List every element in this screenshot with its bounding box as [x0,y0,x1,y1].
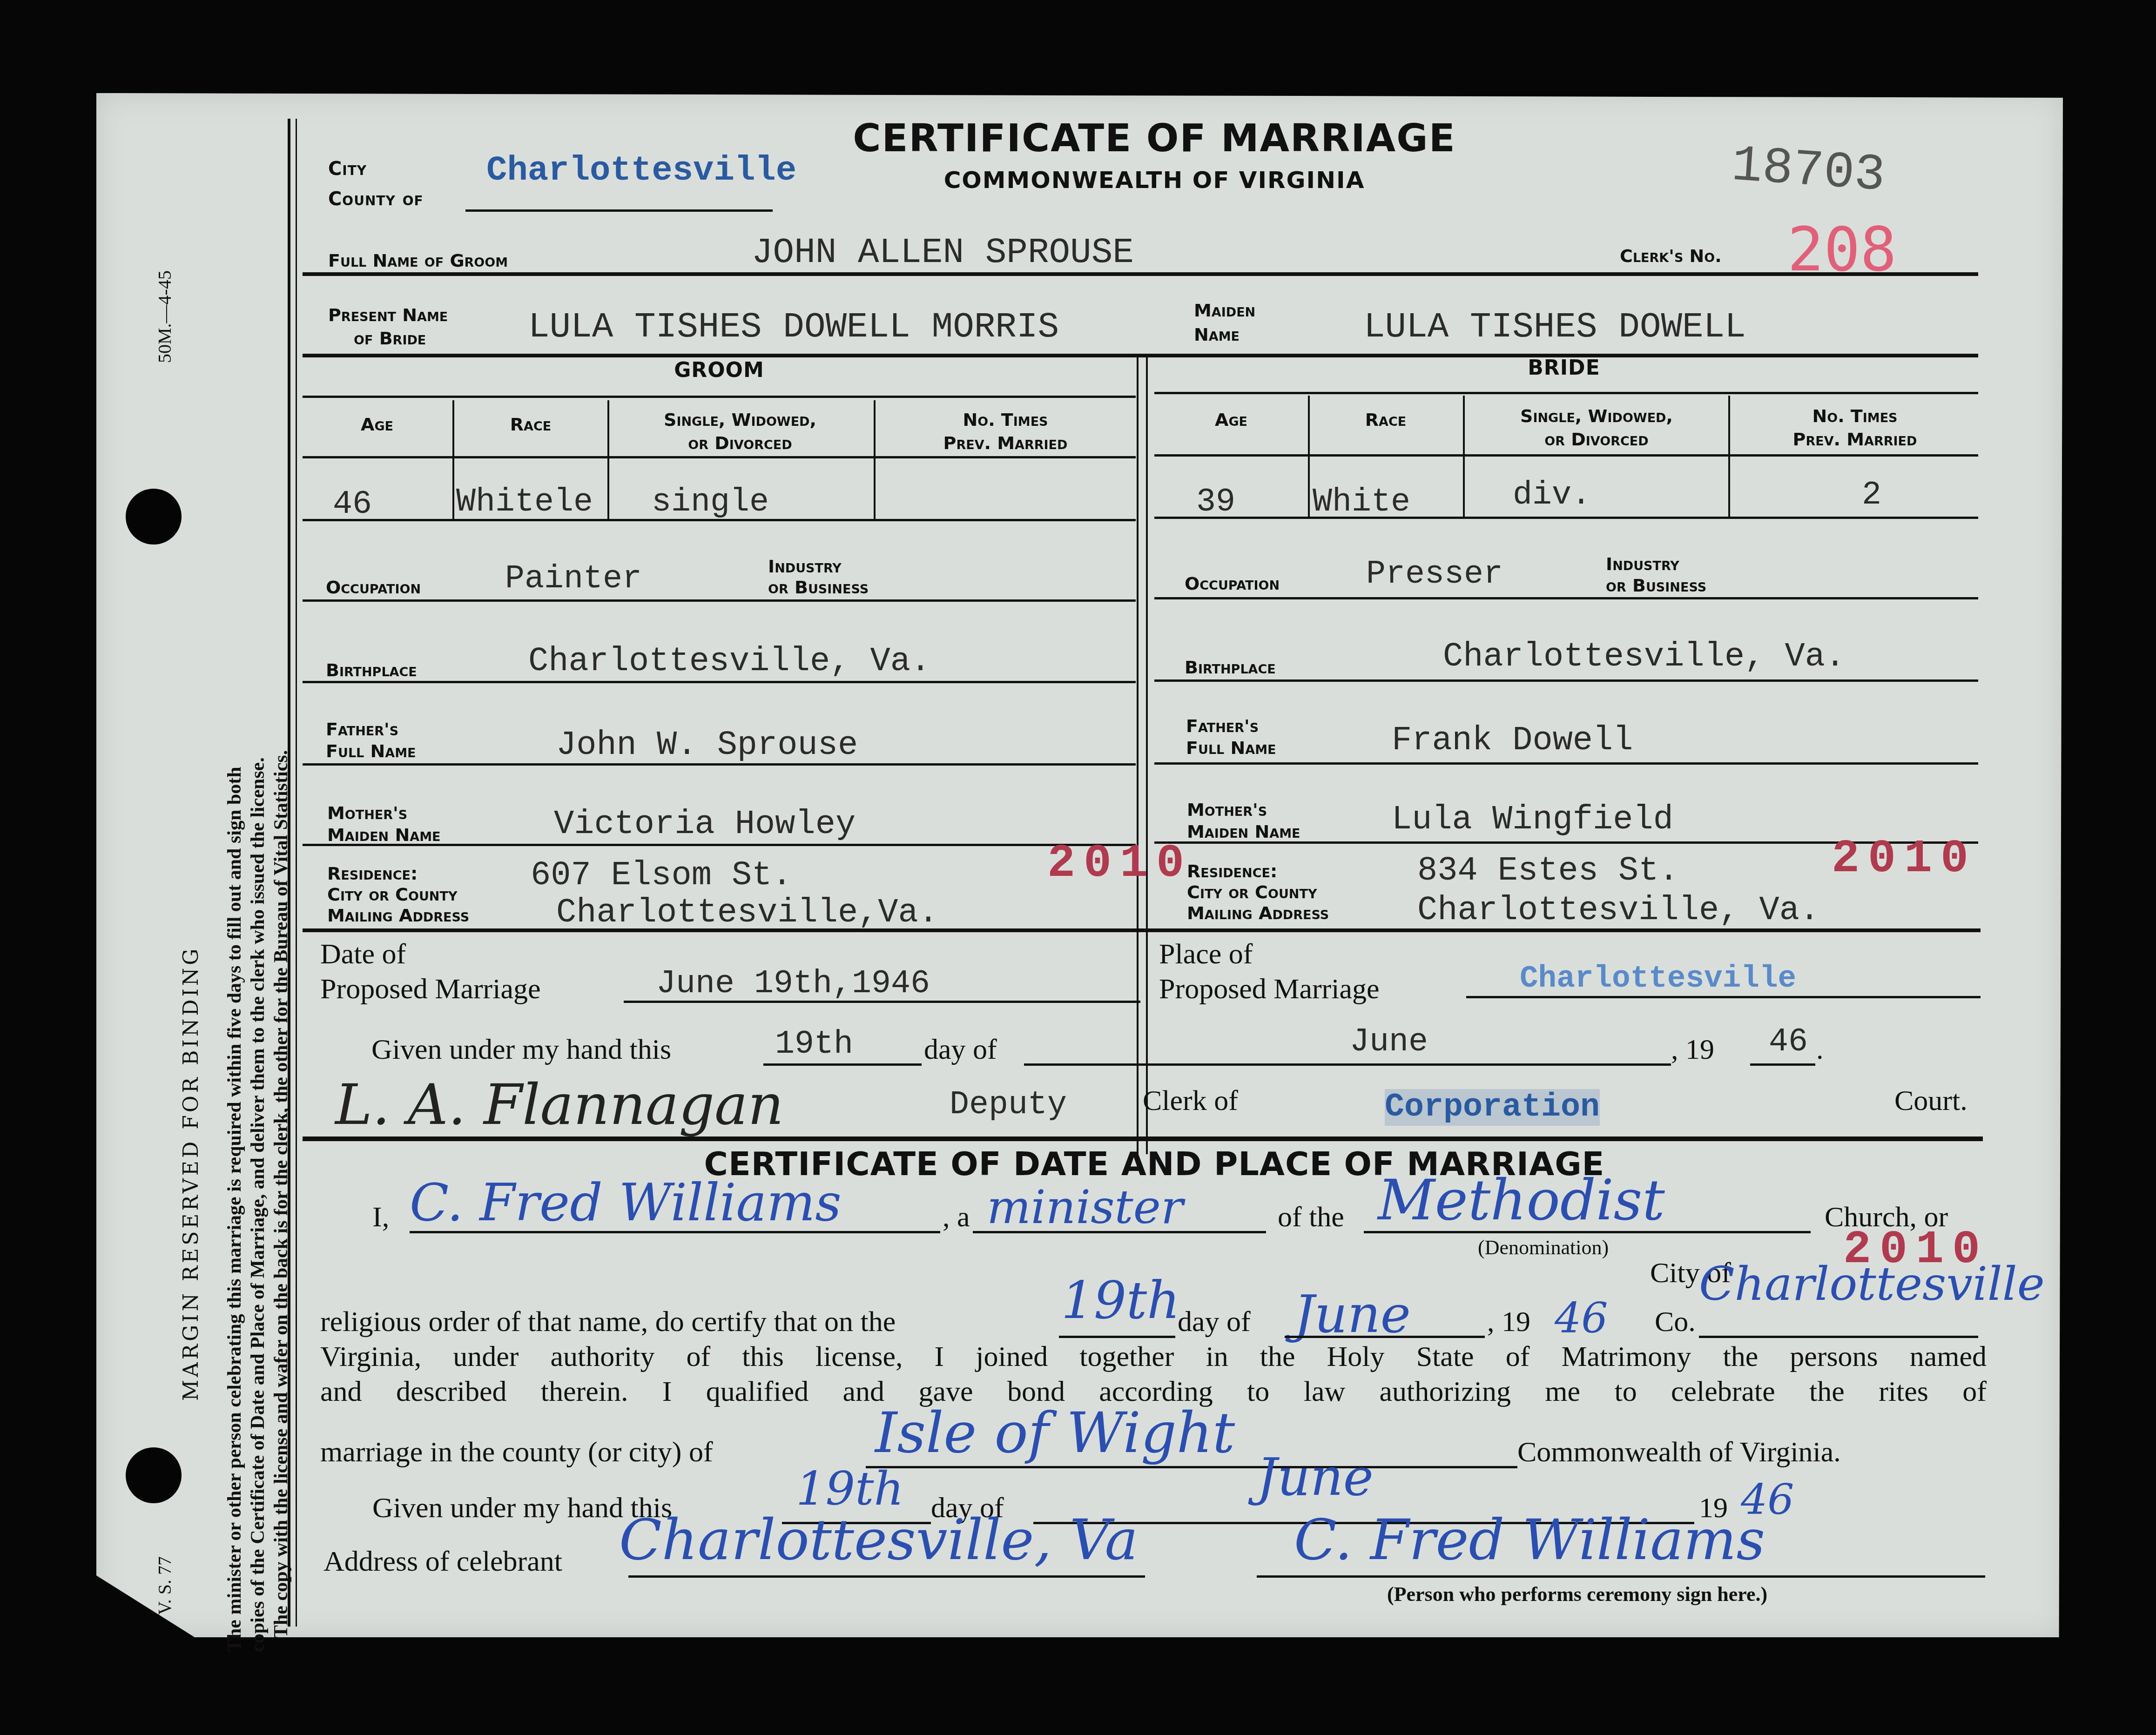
bride-maiden-label-2: Name [1194,324,1240,345]
bride-father-label-2: Full Name [1186,738,1276,758]
county-underline [465,209,773,212]
bride-present-label-2: of Bride [354,328,426,349]
groom-residence-street: 607 Elsom St. [531,856,792,894]
margin-rule-2 [296,119,297,1627]
commonwealth-text: Commonwealth of Virginia. [1517,1436,1841,1469]
groom-name-underline [303,272,1978,276]
center-divider-1 [1137,354,1139,1154]
celebrant-signature: C. Fred Williams [1294,1508,1765,1573]
address-label: Address of celebrant [323,1545,562,1578]
celebrant-address-underline [628,1575,1145,1578]
bride-residence-label-1: Residence: [1187,861,1277,881]
marriage-year: 46 [1555,1294,1608,1343]
celebrant-name: C. Fred Williams [410,1173,842,1232]
proposed-place-underline [1466,996,1981,998]
groom-residence-city: Charlottesville,Va. [556,894,938,932]
document-title: CERTIFICATE OF MARRIAGE [829,116,1480,161]
sign-caption: (Person who performs ceremony sign here.… [1387,1582,1767,1606]
bride-residence-label-3: Mailing Address [1187,903,1329,923]
court-name-stamp: Corporation [1385,1089,1600,1126]
bride-mother-label-1: Mother's [1187,800,1267,820]
groom-col-status-1: Single, Widowed, [607,410,873,430]
bride-industry-label-2: or Business [1606,575,1706,596]
license-bottom-rule [303,1136,1983,1141]
groom-mother-rule [303,844,1136,846]
groom-race: Whitele [456,484,593,521]
bride-occupation-label: Occupation [1185,573,1280,594]
court-label: Court. [1894,1084,1967,1117]
bride-maiden-value: LULA TISHES DOWELL [1364,307,1746,347]
bride-father: Frank Dowell [1392,721,1633,760]
groom-name-value: JOHN ALLEN SPROUSE [752,233,1134,273]
groom-name-label: Full Name of Groom [328,250,508,271]
groom-col-age: Age [303,414,451,435]
bride-birthplace: Charlottesville, Va. [1443,638,1845,676]
county-value: Isle of Wight [875,1401,1235,1466]
denomination-value: Methodist [1378,1168,1665,1233]
bride-col-sep-2 [1463,396,1465,519]
document-subtitle: COMMONWEALTH OF VIRGINIA [829,167,1480,194]
proposed-date: June 19th,1946 [656,966,930,1002]
punch-hole-top [126,489,182,545]
bride-occupation: Presser [1366,556,1503,593]
bride-times-married: 2 [1862,477,1881,514]
residence-bottom-rule [303,928,1981,932]
bride-father-label-1: Father's [1186,716,1259,736]
marriage-month: June [1294,1284,1411,1344]
celebrant-given-month: June [1257,1447,1374,1507]
groom-col-times-1: No. Times [875,410,1136,430]
celebrant-signature-underline [1257,1575,1985,1578]
bride-col-sep-1 [1308,396,1310,519]
of-the-label: of the [1278,1201,1344,1234]
bride-birthplace-label: Birthplace [1185,657,1276,678]
groom-occupation-rule [303,599,1136,602]
bride-maiden-label-1: Maiden [1194,300,1255,321]
bride-mother-label-2: Maiden Name [1187,821,1300,842]
given-year-underline [1750,1063,1815,1066]
groom-mother-label-2: Maiden Name [327,825,440,845]
celebrant-name-underline [410,1231,940,1233]
date-label-1: Date of [320,938,406,971]
celebrant-title-underline [973,1231,1266,1233]
place-label-1: Place of [1159,938,1253,971]
marriage-day: 19th [1061,1271,1180,1330]
margin-rule-1 [288,119,290,1627]
groom-status: single [652,484,769,521]
bride-col-age: Age [1154,410,1308,430]
form-code: 50M.—4-45 [154,270,175,363]
given-day-of: day of [924,1033,997,1066]
clerks-no-label: Clerk's No. [1620,246,1722,266]
bride-residence-city: Charlottesville, Va. [1417,891,1819,929]
given-day-underline [763,1063,922,1066]
county-value-underline [866,1466,1517,1468]
given-month: June [1350,1024,1428,1061]
groom-birthplace: Charlottesville, Va. [528,642,930,680]
groom-age: 46 [333,486,372,523]
city-label: City [328,158,367,180]
groom-col-status-2: or Divorced [607,433,873,453]
celebrant-address: Charlottesville, Va [619,1508,1138,1573]
marriage-city-underline [1699,1336,1978,1338]
bride-col-status-2: or Divorced [1464,429,1729,450]
marriage-city: Charlottesville [1699,1257,2045,1311]
groom-residence-label-3: Mailing Address [327,905,469,926]
bride-present-label-1: Present Name [328,305,448,325]
a-label: , a [943,1201,970,1234]
certificate-line-2: Virginia, under authority of this licens… [320,1340,1987,1373]
marriage-year-prefix: , 19 [1487,1305,1530,1338]
bride-status: div. [1513,477,1591,514]
groom-industry-label-2: or Business [768,577,869,598]
groom-values-rule [303,519,1136,521]
groom-father: John W. Sprouse [556,726,858,764]
bride-age: 39 [1196,484,1235,521]
bride-residence-label-2: City or County [1187,882,1317,902]
groom-col-sep-3 [874,400,876,521]
given-year-prefix: , 19 [1671,1033,1714,1066]
groom-father-label-2: Full Name [326,741,416,761]
clerk-of-label: Clerk of [1143,1084,1238,1117]
bride-section-title: BRIDE [1150,356,1978,380]
i-label: I, [372,1201,389,1234]
bride-occupation-rule [1154,597,1978,599]
marriage-month-underline [1285,1336,1485,1338]
bride-values-rule [1154,517,1978,519]
given-year-suffix: . [1816,1033,1824,1066]
bride-mother: Lula Wingfield [1392,800,1673,839]
groom-residence-label-1: Residence: [327,863,418,884]
groom-stamp: 2010 [1047,838,1193,890]
bride-father-rule [1154,762,1978,765]
groom-mother: Victoria Howley [554,805,856,843]
bride-stamp: 2010 [1832,833,1977,886]
groom-birthplace-rule [303,681,1136,683]
groom-col-race: Race [454,414,607,435]
given-day: 19th [775,1026,853,1063]
given-year: 46 [1769,1024,1808,1061]
groom-occupation: Painter [505,561,642,598]
bride-col-sep-3 [1728,396,1730,519]
groom-father-rule [303,763,1136,766]
groom-residence-label-2: City or County [327,884,457,905]
bride-birthplace-rule [1154,679,1978,682]
groom-occupation-label: Occupation [326,577,421,598]
marriage-day-underline [1059,1336,1175,1338]
proposed-place-stamp: Charlottesville [1520,961,1796,996]
city-stamp: Charlottesville [486,151,796,190]
bride-col-times-2: Prev. Married [1729,429,1981,450]
celebrant-title: minister [987,1180,1183,1234]
groom-col-sep-1 [452,400,454,521]
place-label-2: Proposed Marriage [1159,973,1379,1006]
groom-industry-label-1: Industry [768,556,842,577]
file-number-stamp: 18703 [1730,137,1887,206]
religious-text: religious order of that name, do certify… [320,1305,896,1338]
groom-header-rule [303,456,1136,458]
groom-birthplace-label: Birthplace [326,660,417,680]
groom-father-label-1: Father's [326,719,398,740]
bride-col-status-1: Single, Widowed, [1464,406,1729,426]
binding-note: MARGIN RESERVED FOR BINDING [179,946,203,1401]
denomination-caption: (Denomination) [1478,1236,1609,1259]
bride-industry-label-1: Industry [1606,554,1679,574]
margin-instruction-1: The minister or other person celebrating… [223,767,246,1653]
groom-section-title: GROOM [303,358,1136,382]
co-label: Co. [1655,1305,1696,1338]
bride-present-value: LULA TISHES DOWELL MORRIS [528,307,1059,347]
margin-instruction-2: copies of the Certificate of Date and Pl… [247,757,269,1652]
date-label-2: Proposed Marriage [320,973,540,1006]
marriage-day-of: day of [1178,1305,1251,1338]
groom-col-times-2: Prev. Married [875,433,1136,453]
center-divider-2 [1146,354,1148,1154]
county-label: County of [328,188,424,210]
denomination-underline [1364,1231,1811,1233]
county-text: marriage in the county (or city) of [320,1436,713,1469]
groom-col-sep-2 [607,400,609,521]
bride-header-rule [1154,454,1978,457]
given-month-underline [1024,1063,1671,1066]
groom-mother-label-1: Mother's [327,803,407,823]
punch-hole-bottom [126,1447,182,1503]
bride-title-rule [1154,392,1978,394]
clerk-signature: L. A. Flannagan [335,1073,784,1137]
bride-residence-street: 834 Estes St. [1417,852,1679,890]
proposed-date-underline [624,1001,1140,1003]
deputy-label: Deputy [950,1087,1067,1123]
vs-code: V. S. 77 [154,1556,175,1615]
bride-col-race: Race [1309,410,1462,430]
given-prefix: Given under my hand this [371,1033,671,1066]
groom-title-rule [303,396,1136,398]
bride-col-times-1: No. Times [1729,406,1981,426]
bride-race: White [1313,484,1410,521]
